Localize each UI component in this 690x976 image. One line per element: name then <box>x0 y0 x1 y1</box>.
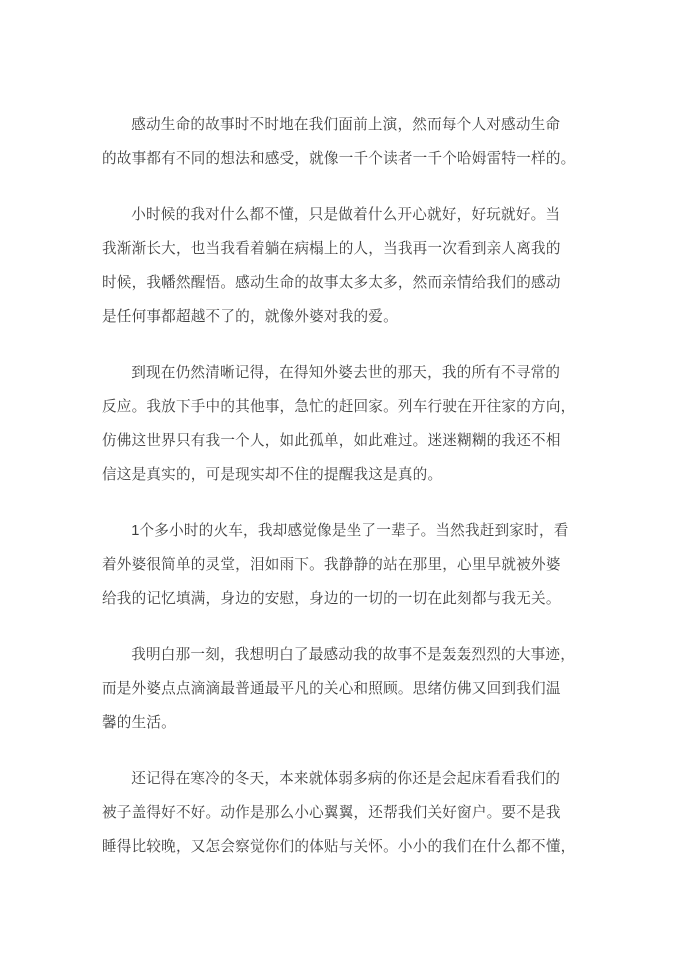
paragraph-1: 感动生命的故事时不时地在我们面前上演，然而每个人对感动生命 的故事都有不同的想法… <box>102 108 647 176</box>
paragraph-6: 还记得在寒冷的冬天，本来就体弱多病的你还是会起床看看我们的 被子盖得好不好。动作… <box>102 762 647 864</box>
paragraph-5: 我明白那一刻，我想明白了最感动我的故事不是轰轰烈烈的大事迹， 而是外婆点点滴滴最… <box>102 638 647 740</box>
essay-body: 感动生命的故事时不时地在我们面前上演，然而每个人对感动生命 的故事都有不同的想法… <box>102 108 647 886</box>
paragraph-2: 小时候的我对什么都不懂，只是做着什么开心就好，好玩就好。当 我渐渐长大，也当我看… <box>102 198 647 334</box>
paragraph-3: 到现在仍然清晰记得，在得知外婆去世的那天，我的所有不寻常的 反应。我放下手中的其… <box>102 356 647 492</box>
paragraph-4: 1个多小时的火车，我却感觉像是坐了一辈子。当然我赶到家时，看 着外婆很简单的灵堂… <box>102 514 647 616</box>
document-page: 感动生命的故事时不时地在我们面前上演，然而每个人对感动生命 的故事都有不同的想法… <box>0 0 690 976</box>
